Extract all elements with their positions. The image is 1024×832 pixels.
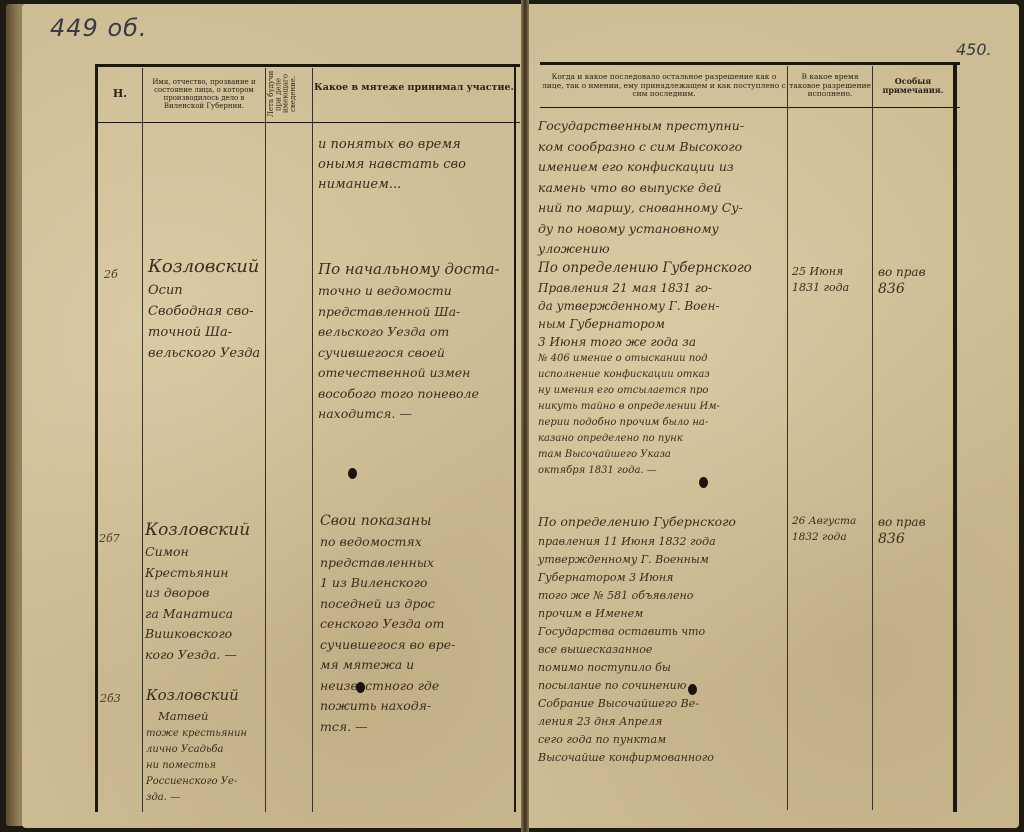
- text-line: ду по новому установному: [538, 223, 744, 236]
- text-line: вособого того поневоле: [318, 388, 500, 401]
- text-line: 26 Августа: [792, 516, 856, 527]
- entry-2-name: Козловский Симон Крестьянин из дворов га…: [145, 522, 250, 661]
- entry-0-participation: и понятых во время онымя навстать сво ни…: [318, 138, 466, 191]
- right-top-rule: [540, 62, 960, 65]
- left-top-rule: [97, 64, 520, 67]
- header-decision: Когда и какое последовало остальное разр…: [542, 66, 786, 106]
- text-line: По определению Губернского: [538, 516, 736, 529]
- header-participation: Какое в мятеже принимал участие.: [314, 68, 514, 108]
- text-line: по ведомостях: [320, 536, 455, 549]
- text-line: мя мятежа и: [320, 659, 455, 672]
- text-line: ления 23 дня Апреля: [538, 716, 736, 727]
- col-divider-name: [265, 68, 266, 812]
- text-line: точной Ша-: [148, 326, 260, 339]
- text-line: Матвей: [158, 711, 247, 723]
- text-line: точно и ведомости: [318, 285, 500, 298]
- text-line: Свободная сво-: [148, 305, 260, 318]
- col-divider-number: [142, 68, 143, 812]
- text-line: Россиенского Уе-: [146, 777, 247, 787]
- text-line: уложению: [538, 243, 744, 256]
- entry-2-number: 2б7: [99, 532, 120, 545]
- text-line: 836: [878, 532, 926, 546]
- text-line: Козловский: [145, 522, 250, 539]
- worm-hole: [699, 477, 708, 488]
- text-line: Симон: [145, 546, 250, 559]
- text-line: сучившегося во вре-: [320, 639, 455, 652]
- text-line: сенского Уезда от: [320, 618, 455, 631]
- text-line: представленных: [320, 557, 455, 570]
- text-line: зда. —: [146, 793, 247, 803]
- entry-1-executed: 25 Июня 1831 года: [792, 266, 849, 293]
- text-line: исполнение конфискации отказ: [538, 370, 752, 380]
- text-line: поседней из дрос: [320, 598, 455, 611]
- text-line: Крестьянин: [145, 567, 250, 580]
- text-line: Осип: [148, 284, 260, 297]
- text-line: правления 11 Июня 1832 года: [538, 536, 736, 547]
- text-line: Государственным преступни-: [538, 120, 744, 133]
- text-line: тся. —: [320, 721, 455, 734]
- book-spine: [521, 0, 529, 832]
- text-line: перии подобно прочим было на-: [538, 418, 752, 428]
- worm-hole: [688, 684, 697, 695]
- text-line: Государства оставить что: [538, 626, 736, 637]
- text-line: во прав: [878, 266, 926, 278]
- text-line: Правления 21 мая 1831 го-: [538, 282, 752, 294]
- text-line: ным Губернатором: [538, 318, 752, 330]
- col-divider-executed: [872, 66, 873, 810]
- text-line: га Манатиса: [145, 608, 250, 621]
- text-line: лично Усадьба: [146, 745, 247, 755]
- text-line: находится. —: [318, 408, 500, 421]
- text-line: утвержденному Г. Военным: [538, 554, 736, 565]
- text-line: кого Уезда. —: [145, 649, 250, 662]
- entry-1-participation: По начальному доста- точно и ведомости п…: [318, 262, 500, 421]
- text-line: казано определено по пунк: [538, 434, 752, 444]
- text-line: из дворов: [145, 587, 250, 600]
- text-line: имением его конфискации из: [538, 161, 744, 174]
- left-header-bottom-rule: [97, 122, 520, 123]
- text-line: По начальному доста-: [318, 262, 500, 277]
- right-header-bottom-rule: [540, 107, 960, 108]
- entry-1-decision: По определению Губернского Правления 21 …: [538, 262, 752, 476]
- text-line: тоже крестьянин: [146, 729, 247, 739]
- left-outer-border: [95, 64, 98, 812]
- header-name: Имя, отчество, прозвание и состояние лиц…: [144, 68, 264, 120]
- text-line: 1 из Виленского: [320, 577, 455, 590]
- text-line: все вышесказанное: [538, 644, 736, 655]
- text-line: ком сообразно с сим Высокого: [538, 141, 744, 154]
- text-line: 25 Июня: [792, 266, 849, 277]
- left-inner-border: [514, 64, 516, 812]
- text-line: представленной Ша-: [318, 306, 500, 319]
- text-line: ний по маршу, снованному Су-: [538, 202, 744, 215]
- text-line: и понятых во время: [318, 138, 466, 151]
- text-line: пожить находя-: [320, 700, 455, 713]
- header-notes: Особыя примечания.: [874, 66, 952, 106]
- entry-3-name: Козловский Матвей тоже крестьянин лично …: [146, 688, 247, 803]
- text-line: № 406 имение о отыскании под: [538, 354, 752, 364]
- text-line: помимо поступило бы: [538, 662, 736, 673]
- entry-2-executed: 26 Августа 1832 года: [792, 516, 856, 542]
- text-line: Свои показаны: [320, 514, 455, 528]
- header-executed: В какое время таковое разрешение исполне…: [789, 66, 871, 106]
- folio-right: 450.: [956, 40, 992, 59]
- text-line: отечественной измен: [318, 367, 500, 380]
- text-line: там Высочайшего Указа: [538, 450, 752, 460]
- entry-2-participation: Свои показаны по ведомостях представленн…: [320, 514, 455, 733]
- worm-hole: [356, 682, 365, 693]
- text-line: во прав: [878, 516, 926, 528]
- text-line: 1831 года: [792, 282, 849, 293]
- text-line: октября 1831 года. —: [538, 466, 752, 476]
- text-line: посылание по сочинению: [538, 680, 736, 691]
- text-line: ни поместья: [146, 761, 247, 771]
- text-line: вельского Уезда: [148, 347, 260, 360]
- text-line: Собрание Высочайшего Ве-: [538, 698, 736, 709]
- text-line: Козловский: [148, 258, 260, 276]
- text-line: 1832 года: [792, 532, 856, 543]
- right-outer-border: [953, 62, 957, 812]
- text-line: По определению Губернского: [538, 262, 752, 276]
- text-line: прочим в Именем: [538, 608, 736, 619]
- text-line: ниманием...: [318, 178, 466, 191]
- text-line: ну имения его отсылается про: [538, 386, 752, 396]
- col-divider-age: [312, 68, 313, 812]
- text-line: неизвестного где: [320, 680, 455, 693]
- col-divider-decision: [787, 66, 788, 810]
- text-line: онымя навстать сво: [318, 158, 466, 171]
- text-line: сучившегося своей: [318, 347, 500, 360]
- text-line: никуть тайно в определении Им-: [538, 402, 752, 412]
- text-line: камень что во выпуске дей: [538, 182, 744, 195]
- folio-left: 449 об.: [50, 14, 148, 42]
- text-line: 3 Июня того же года за: [538, 336, 752, 348]
- entry-1-number: 2б: [104, 268, 118, 281]
- entry-0-decision: Государственным преступни- ком сообразно…: [538, 120, 744, 256]
- entry-2-notes: во прав 836: [878, 516, 926, 546]
- entry-1-name: Козловский Осип Свободная сво- точной Ша…: [148, 258, 260, 360]
- text-line: Губернатором 3 Июня: [538, 572, 736, 583]
- text-line: того же № 581 объявлено: [538, 590, 736, 601]
- text-line: 836: [878, 282, 926, 296]
- text-line: Вишковского: [145, 628, 250, 641]
- text-line: да утвержденному Г. Воен-: [538, 300, 752, 312]
- text-line: Высочайше конфирмованного: [538, 752, 736, 763]
- text-line: Козловский: [146, 688, 247, 703]
- entry-1-notes: во прав 836: [878, 266, 926, 296]
- header-number: Н.: [98, 68, 142, 120]
- entry-2-decision: По определению Губернского правления 11 …: [538, 516, 736, 763]
- text-line: сего года по пунктам: [538, 734, 736, 745]
- entry-3-number: 2б3: [100, 692, 121, 705]
- header-age: Лета будучи при деле имеющаго сведение.: [268, 68, 310, 120]
- text-line: вельского Уезда от: [318, 326, 500, 339]
- worm-hole: [348, 468, 357, 479]
